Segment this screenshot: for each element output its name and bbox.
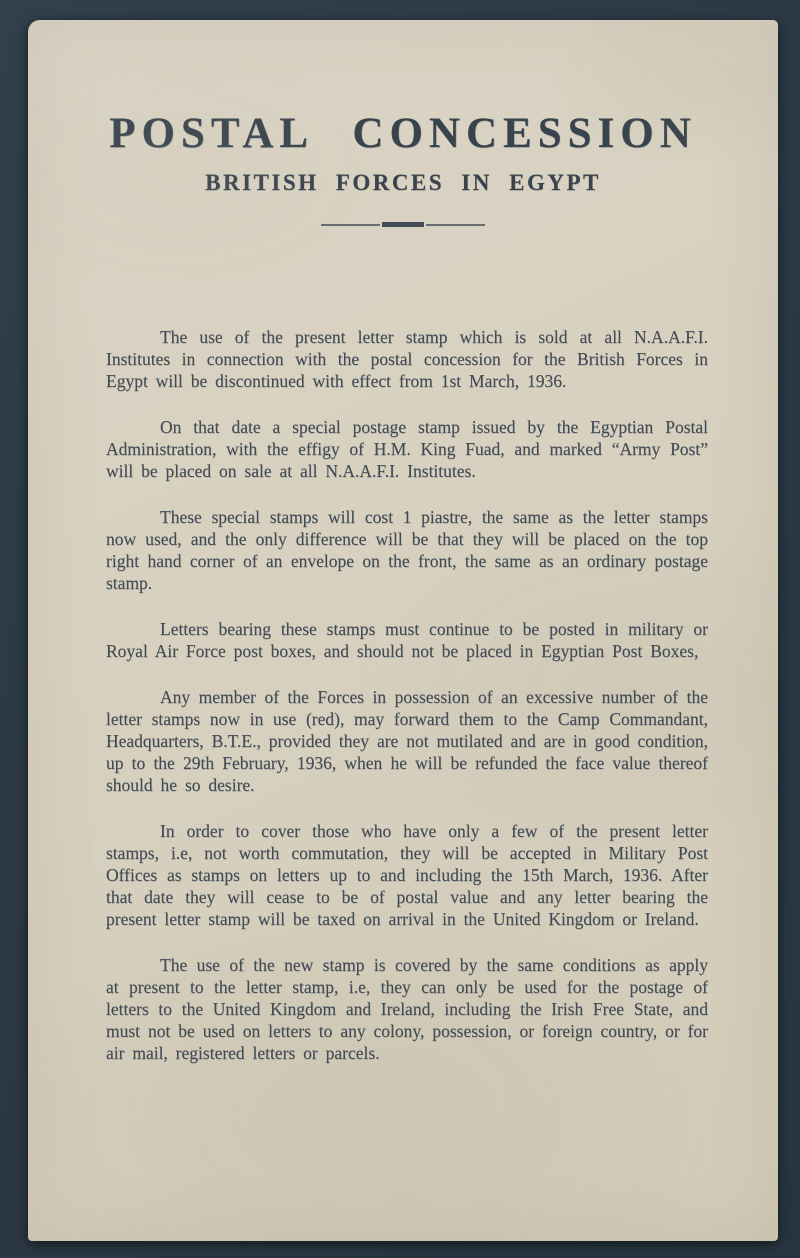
rule-center-bar <box>382 222 424 227</box>
document-page: POSTAL CONCESSION BRITISH FORCES IN EGYP… <box>28 20 778 1241</box>
rule-line-right <box>426 224 485 226</box>
document-body: The use of the present letter stamp whic… <box>28 326 778 1064</box>
paragraph-5: Any member of the Forces in possession o… <box>106 686 708 796</box>
rule-line-left <box>321 224 380 226</box>
document-subtitle: BRITISH FORCES IN EGYPT <box>28 171 778 194</box>
decorative-rule <box>321 222 485 227</box>
photo-background: { "document": { "title": "POSTAL CONCESS… <box>0 0 800 1258</box>
document-title: POSTAL CONCESSION <box>28 112 778 155</box>
paragraph-6: In order to cover those who have only a … <box>106 820 708 930</box>
paragraph-2: On that date a special postage stamp iss… <box>106 416 708 482</box>
paragraph-3: These special stamps will cost 1 piastre… <box>106 506 708 594</box>
paragraph-4: Letters bearing these stamps must contin… <box>106 618 708 662</box>
paragraph-1: The use of the present letter stamp whic… <box>106 326 708 392</box>
paragraph-7: The use of the new stamp is covered by t… <box>106 954 708 1064</box>
